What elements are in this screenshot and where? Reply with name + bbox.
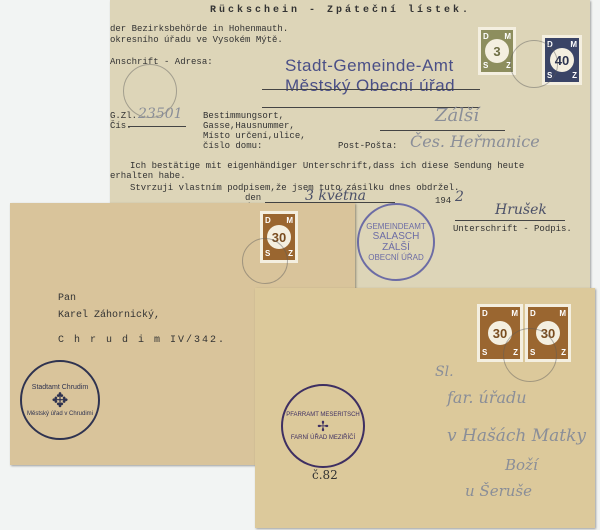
seal-text-bottom: OBECNÍ ÚŘAD [368, 253, 424, 262]
sender-line-1: der Bezirksbehörde in Hohenmauth. [110, 24, 288, 34]
confirm-de-line-1: Ich bestätige mit eigenhändiger Untersch… [130, 161, 524, 171]
note-number: č.82 [312, 468, 338, 482]
seal-center-icon: ✢ [317, 418, 329, 435]
eagle-icon: ✥ [52, 391, 69, 411]
hand-line-1: Sl. [435, 364, 454, 380]
seal-text-mid-2: ZÁLŠÍ [382, 242, 410, 253]
municipal-seal: GEMEINDEAMT SALASCH ZÁLŠÍ OBECNÍ ÚŘAD [357, 203, 435, 281]
parish-seal: PFARRAMT MESERITSCH ✢ FARNÍ ÚŘAD MEZIŘÍČ… [281, 384, 365, 468]
ref-line [128, 126, 186, 127]
ref-number: 23501 [138, 106, 183, 122]
address-line-1 [262, 89, 480, 90]
hand-line-5: u Šeruše [465, 482, 532, 500]
postmark [242, 238, 288, 284]
dest-line-3: Místo určení,ulice, [203, 131, 306, 141]
postmark [503, 328, 557, 382]
confirm-de-line-2: erhalten habe. [110, 171, 186, 181]
address-stamp-line-2: Městský Obecní úřad [285, 76, 455, 96]
sender-line-2: okresního úřadu ve Vysokém Mýtě. [110, 35, 283, 45]
year-hand: 2 [455, 189, 464, 205]
chrudim-seal: Stadtamt Chrudim ✥ Městský úřad v Chrudi… [20, 360, 100, 440]
dest-line-4: číslo domu: [203, 141, 262, 151]
addr-line-3: C h r u d i m IV/342. [58, 335, 226, 346]
confirm-cz: Stvrzuji vlastním podpisem,že jsem tuto … [130, 183, 459, 193]
seal-text-bottom: FARNÍ ÚŘAD MEZIŘÍČÍ [291, 435, 355, 441]
addr-line-1: Pan [58, 293, 76, 304]
postmark-stamps [510, 40, 558, 88]
dest-line-2: Gasse,Hausnummer, [203, 121, 295, 131]
seal-text-bottom: Městský úřad v Chrudimi [27, 411, 93, 417]
hand-line-2: far. úřadu [447, 388, 527, 407]
seal-text-top: GEMEINDEAMT [366, 222, 426, 231]
seal-text-mid-1: SALASCH [373, 231, 420, 242]
ref-label-1: G.Zl. [110, 111, 137, 121]
post-label: Post-Pošta: [338, 141, 397, 151]
hand-post: Čes. Heřmanice [410, 132, 540, 151]
envelope-meseritsch: PFARRAMT MESERITSCH ✢ FARNÍ ÚŘAD MEZIŘÍČ… [255, 288, 595, 528]
hand-place: Zálší [435, 105, 479, 126]
address-stamp-line-1: Stadt-Gemeinde-Amt [285, 56, 454, 76]
signature-line [455, 220, 565, 221]
year-prefix: 194 [435, 196, 451, 206]
hand-line-4: Boží [505, 456, 538, 474]
dest-line-1: Bestimmungsort, [203, 111, 284, 121]
post-line [380, 130, 505, 131]
stamp-value: 3 [485, 39, 509, 63]
signature-label: Unterschrift - Podpis. [453, 224, 572, 234]
addr-line-2: Karel Záhornický, [58, 310, 160, 321]
card-title: Rückschein - Zpáteční lístek. [210, 5, 471, 16]
signature: Hrušek [495, 202, 547, 218]
hand-line-3: v Hašách Matky [447, 426, 586, 446]
